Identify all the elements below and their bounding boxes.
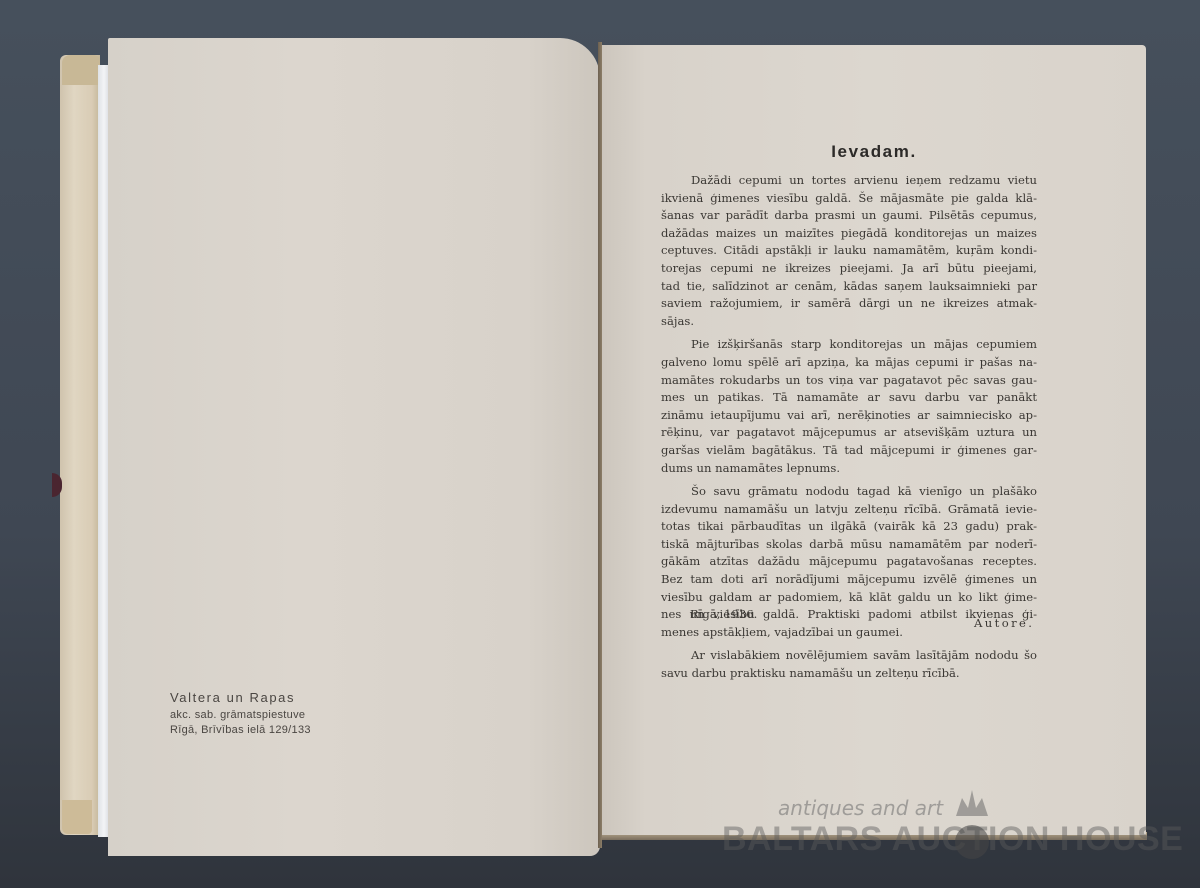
paragraph-4: Ar vislabākiem novēlējumiem savām lasītā… [661, 647, 1037, 682]
text-line: ikvienā ģimenes viesību galdā. Še mājasm… [661, 190, 1037, 208]
paragraph-2: Pie izšķiršanās starp konditorejas un mā… [661, 336, 1037, 477]
text-line: Bez tam doti arī norādījumi mājcepumu iz… [661, 571, 1037, 589]
text-line: izdevumu namamāšu un latvju zelteņu rīcī… [661, 501, 1037, 519]
author-signature: Autore. [974, 616, 1034, 630]
text-line: dažādas maizes un maizītes piegādā kondi… [661, 225, 1037, 243]
book-cover-edge [60, 55, 100, 835]
text-line: mamātes rokudarbs un tos viņa var pagata… [661, 372, 1037, 390]
text-line: rēķinu, var pagatavot mājcepumus ar atse… [661, 424, 1037, 442]
text-line: Šo savu grāmatu nododu tagad kā vienīgo … [661, 483, 1037, 501]
place-and-date: Rīgā, 1936. [690, 607, 757, 621]
printer-imprint: Valtera un Rapas akc. sab. grāmatspiestu… [170, 690, 311, 738]
text-line: sājas. [661, 313, 1037, 331]
imprint-printer-name: Valtera un Rapas [170, 690, 311, 705]
text-line: mes un patikas. Tā namamāte ar savu darb… [661, 389, 1037, 407]
text-line: tad tie, salīdzinot ar cenām, kādas saņe… [661, 278, 1037, 296]
text-line: torejas cepumi ne ikreizes pieejami. Ja … [661, 260, 1037, 278]
text-line: totas tikai pārbaudītas un ilgākā (vairā… [661, 518, 1037, 536]
imprint-company: akc. sab. grāmatspiestuve [170, 708, 311, 723]
worn-cover-corner-top [62, 55, 100, 85]
worn-cover-corner-bottom [62, 800, 92, 834]
text-line: Pie izšķiršanās starp konditorejas un mā… [661, 336, 1037, 354]
text-line: šanas var parādīt darba prasmi un gaumi.… [661, 207, 1037, 225]
text-line: gākām atzītas dažādu mājcepumu pagatavoš… [661, 553, 1037, 571]
text-line: savu darbu praktisku namamāšu un zelteņu… [661, 665, 1037, 683]
text-line: Ar vislabākiem novēlējumiem savām lasītā… [661, 647, 1037, 665]
text-line: garšas vielām bagātākus. Tā tad mājcepum… [661, 442, 1037, 460]
text-line: tiskā mājturības skolas darbā mūsu namam… [661, 536, 1037, 554]
text-line: ceptuves. Citādi apstākļi ir lauku namam… [661, 242, 1037, 260]
text-line: viesību galdam ar padomiem, kā klāt gald… [661, 589, 1037, 607]
text-line: saviem ražojumiem, ir samērā dārgi un ne… [661, 295, 1037, 313]
imprint-address: Rīgā, Brīvības ielā 129/133 [170, 723, 311, 738]
text-line: galveno lomu spēlē arī apziņa, ka mājas … [661, 354, 1037, 372]
page-title: Ievadam. [602, 142, 1146, 162]
text-line: zināmu ietaupījumu vai arī, nerēķinoties… [661, 407, 1037, 425]
paragraph-1: Dažādi cepumi un tortes arvienu ieņem re… [661, 172, 1037, 330]
text-line: Dažādi cepumi un tortes arvienu ieņem re… [661, 172, 1037, 190]
text-line: dums un namamātes lepnums. [661, 460, 1037, 478]
